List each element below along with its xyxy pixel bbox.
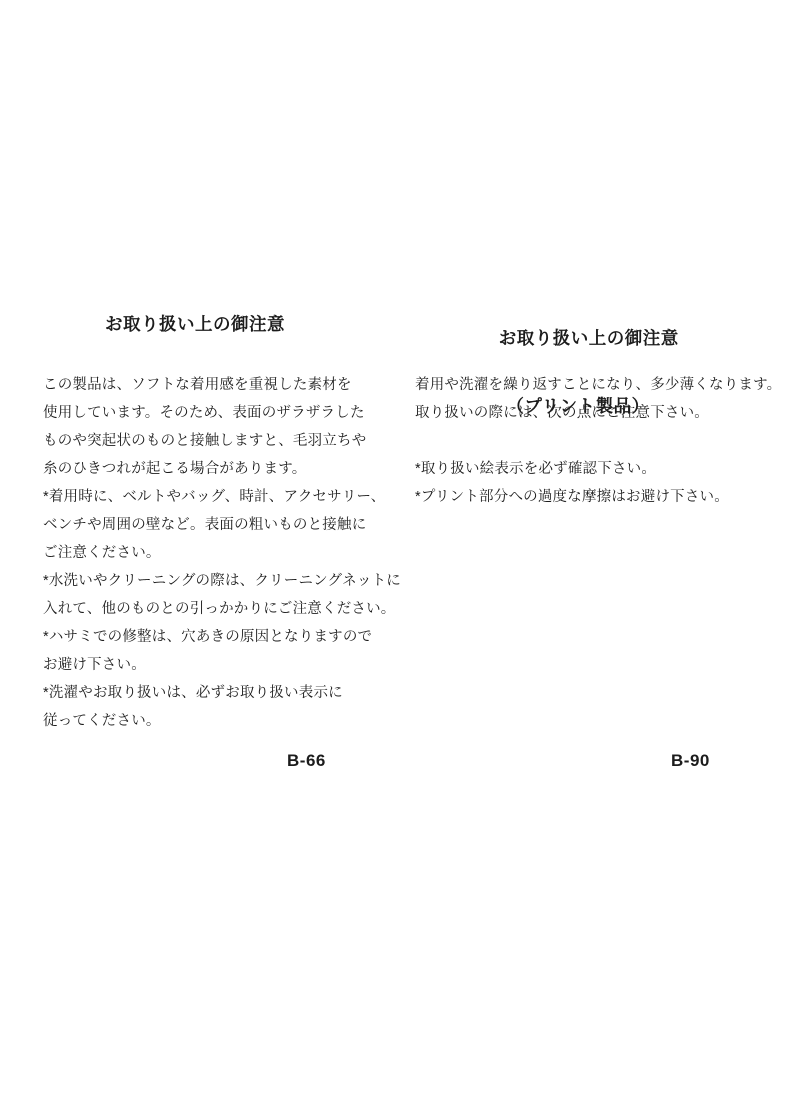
care-instructions-document: お取り扱い上の御注意 この製品は、ソフトな着用感を重視した素材を 使用しています… [0, 0, 800, 1120]
left-column-title: お取り扱い上の御注意 [40, 312, 350, 336]
left-column-body-text: この製品は、ソフトな着用感を重視した素材を 使用しています。そのため、表面のザラ… [43, 371, 401, 735]
right-column-title-line: お取り扱い上の御注意 [499, 328, 679, 348]
right-column-body-text: 着用や洗濯を繰り返すことになり、多少薄くなります。 取り扱いの際には、次の点にご… [415, 371, 781, 511]
left-page-label: B-66 [287, 751, 326, 771]
right-page-label: B-90 [671, 751, 710, 771]
